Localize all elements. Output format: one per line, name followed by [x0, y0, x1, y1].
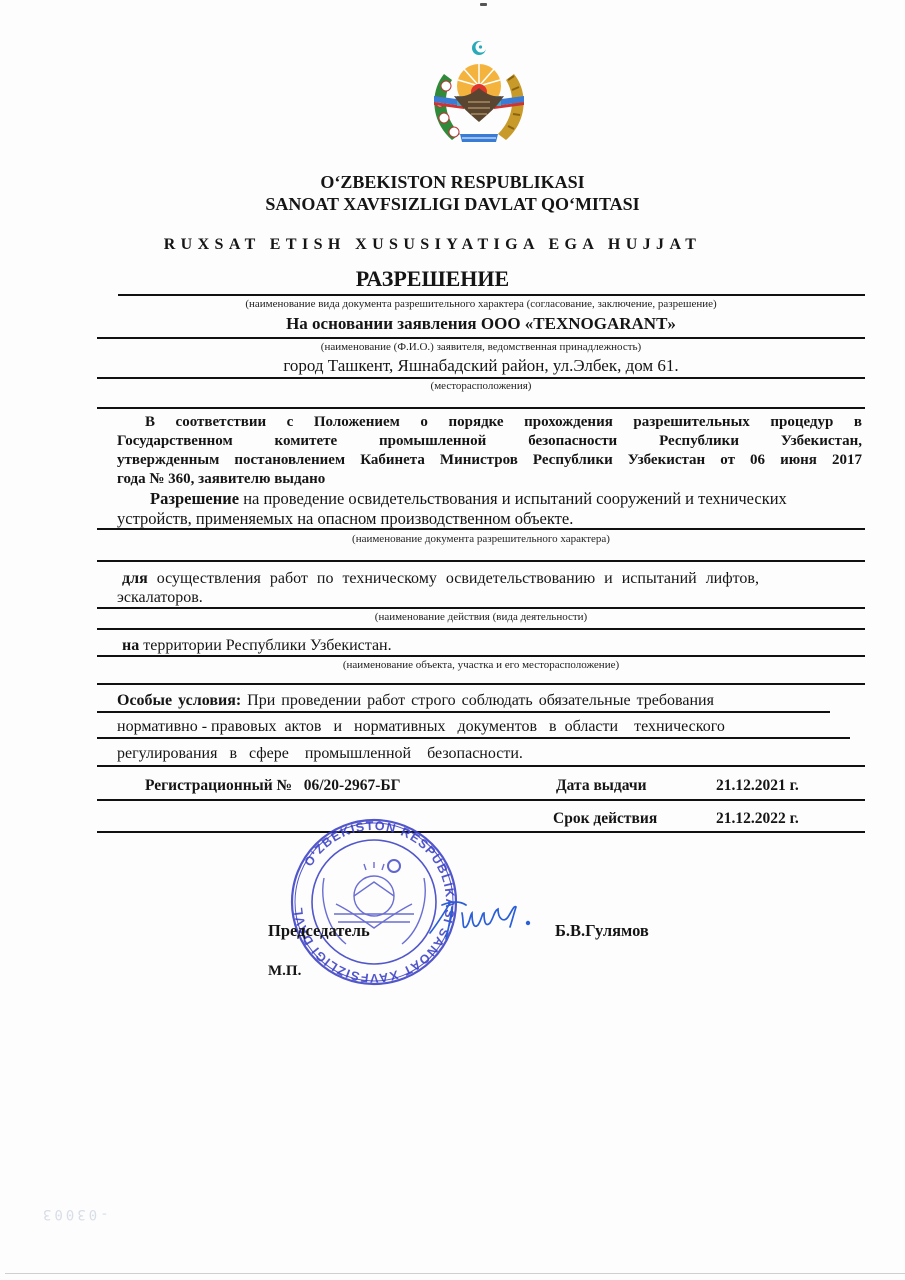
divider: [97, 337, 865, 339]
conditions-line-3: регулирования в сфере промышленной безоп…: [117, 745, 523, 763]
activity-line-2: эскалаторов.: [117, 589, 203, 607]
activity-caption: (наименование действия (вида деятельност…: [97, 611, 865, 623]
divider: [97, 560, 865, 562]
document-title: РАЗРЕШЕНИЕ: [0, 266, 865, 292]
page-edge: [5, 1273, 905, 1274]
issue-date-label: Дата выдачи: [556, 777, 647, 795]
divider: [97, 607, 865, 609]
registration-label: Регистрационный №: [145, 777, 292, 794]
divider: [97, 407, 865, 409]
validity-label: Срок действия: [553, 810, 657, 828]
divider: [97, 799, 865, 801]
state-emblem-icon: [424, 36, 534, 154]
conditions-text: При проведении работ строго соблюдать об…: [241, 692, 714, 709]
divider: [97, 628, 865, 630]
signatory-position: Председатель: [268, 921, 370, 941]
activity-text: осуществления работ по техническому осви…: [148, 570, 759, 587]
doc-kind-caption: (наименование вида документа разрешитель…: [97, 298, 865, 310]
conditions-line-1: Особые условия: При проведении работ стр…: [117, 692, 714, 710]
registration-number-row: Регистрационный № 06/20-2967-БГ: [145, 777, 401, 795]
basis-line-1: В соответствии с Положением о порядке пр…: [145, 413, 862, 432]
basis-line-3: утвержденным постановлением Кабинета Мин…: [117, 451, 862, 470]
territory-line: на территории Республики Узбекистан.: [122, 637, 392, 655]
permit-line-1: Разрешение на проведение освидетельствов…: [150, 489, 787, 509]
location-caption: (месторасположения): [97, 380, 865, 392]
divider: [97, 831, 865, 833]
permit-line-2: устройств, применяемых на опасном произв…: [117, 509, 573, 529]
territory-caption: (наименование объекта, участка и его мес…: [97, 659, 865, 671]
issue-date: 21.12.2021 г.: [716, 777, 799, 795]
faint-serial-number: -03003: [40, 1206, 109, 1222]
permit-text: на проведение освидетельствования и испы…: [239, 489, 787, 508]
divider: [118, 294, 865, 296]
basis-line-2: Государственном комитете промышленной бе…: [117, 432, 862, 451]
registration-number: 06/20-2967-БГ: [304, 777, 401, 794]
conditions-line-2: нормативно - правовых актов и нормативны…: [117, 718, 725, 736]
territory-text: территории Республики Узбекистан.: [139, 637, 391, 654]
applicant-caption: (наименование (Ф.И.О.) заявителя, ведомс…: [97, 341, 865, 353]
basis-line-4: года № 360, заявителю выдано: [117, 470, 862, 489]
applicant-field: На основании заявления ООО «TEXNOGARANT»: [97, 314, 865, 334]
territory-lead: на: [122, 637, 139, 654]
scan-speck: [480, 3, 487, 6]
divider: [97, 377, 865, 379]
divider: [97, 765, 865, 767]
permit-caption: (наименование документа разрешительного …: [97, 533, 865, 545]
document-type-uz: RUXSAT ETISH XUSUSIYATIGA EGA HUJJAT: [0, 236, 865, 254]
seal-place-mark: М.П.: [268, 963, 301, 980]
signatory-name: Б.В.Гулямов: [555, 921, 649, 941]
divider: [97, 655, 865, 657]
republic-name: O‘ZBEKISTON RESPUBLIKASI: [0, 172, 905, 193]
location-field: город Ташкент, Яшнабадский район, ул.Элб…: [97, 356, 865, 376]
activity-lead: для: [122, 570, 148, 587]
committee-name: SANOAT XAVFSIZLIGI DAVLAT QO‘MITASI: [0, 194, 905, 215]
divider: [97, 683, 865, 685]
conditions-lead: Особые условия:: [117, 692, 241, 709]
permit-lead: Разрешение: [150, 489, 239, 508]
activity-line-1: для осуществления работ по техническому …: [122, 570, 759, 588]
divider: [97, 528, 865, 530]
validity-date: 21.12.2022 г.: [716, 810, 799, 828]
divider: [97, 711, 830, 713]
divider: [97, 737, 850, 739]
signature-icon: [428, 893, 548, 943]
